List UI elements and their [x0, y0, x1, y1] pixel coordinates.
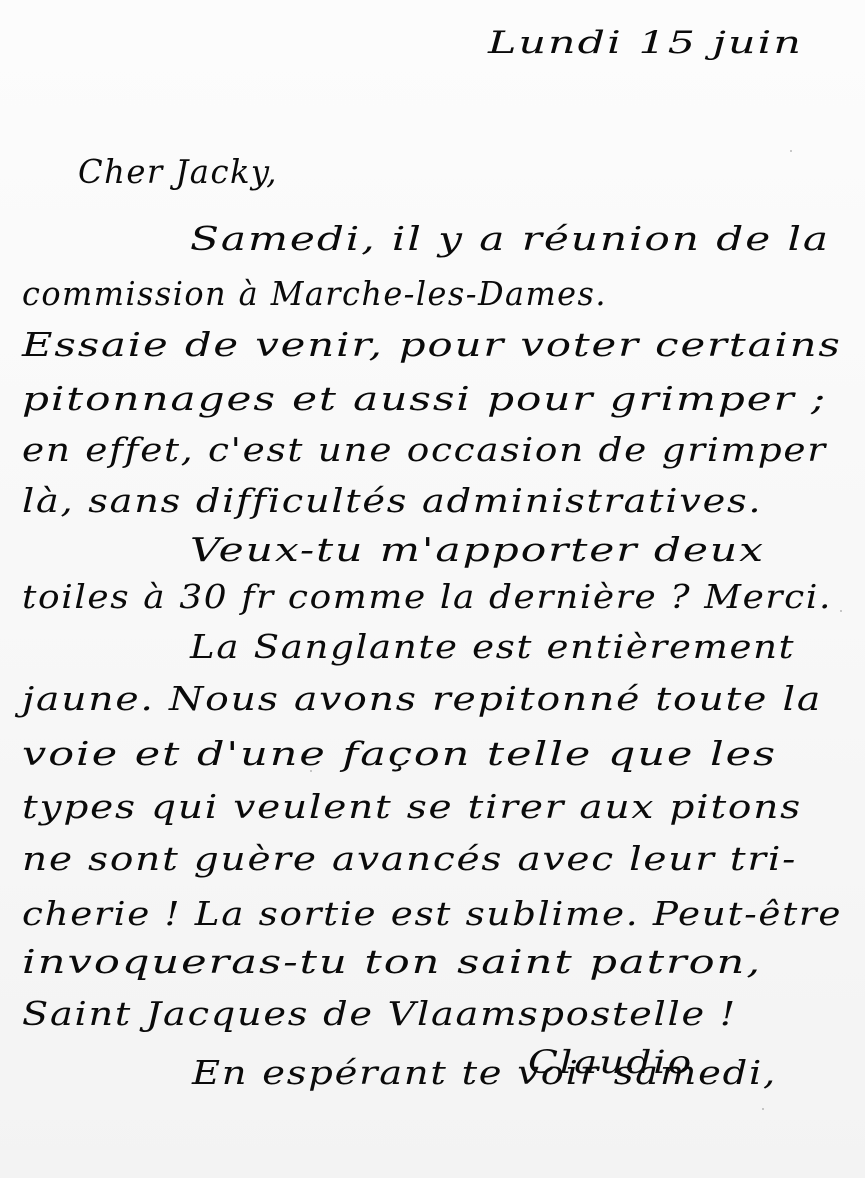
letter-line: Saint Jacques de Vlaamspostelle ! — [22, 997, 737, 1030]
letter-line: voie et d'une façon telle que les — [22, 737, 777, 770]
paper-speck — [310, 770, 312, 772]
letter-line: La Sanglante est entièrement — [190, 630, 795, 663]
letter-line: Samedi, il y a réunion de la — [190, 222, 830, 255]
paper-speck — [762, 1108, 764, 1110]
letter-line: types qui veulent se tirer aux pitons — [22, 790, 802, 823]
letter-line: toiles à 30 fr comme la dernière ? Merci… — [22, 580, 832, 613]
letter-line: Veux-tu m'apporter deux — [190, 533, 765, 566]
letter-line: cherie ! La sortie est sublime. Peut-êtr… — [22, 897, 842, 930]
handwritten-letter-page: Lundi 15 juin Cher Jacky, Samedi, il y a… — [0, 0, 865, 1178]
letter-line: là, sans difficultés administratives. — [22, 484, 762, 517]
paper-speck — [790, 150, 792, 152]
letter-line: ne sont guère avancés avec leur tri- — [22, 842, 797, 875]
letter-line: pitonnages et aussi pour grimper ; — [22, 382, 827, 415]
letter-line: invoqueras-tu ton saint patron, — [22, 945, 762, 978]
letter-line: Essaie de venir, pour voter certains — [22, 328, 842, 361]
letter-line: commission à Marche-les-Dames. — [22, 277, 607, 310]
letter-date: Lundi 15 juin — [488, 28, 803, 59]
letter-salutation: Cher Jacky, — [78, 155, 278, 188]
letter-line: en effet, c'est une occasion de grimper — [22, 433, 827, 466]
letter-line: jaune. Nous avons repitonné toute la — [22, 682, 822, 715]
letter-signature: Claudio — [528, 1046, 693, 1078]
paper-speck — [840, 610, 842, 612]
